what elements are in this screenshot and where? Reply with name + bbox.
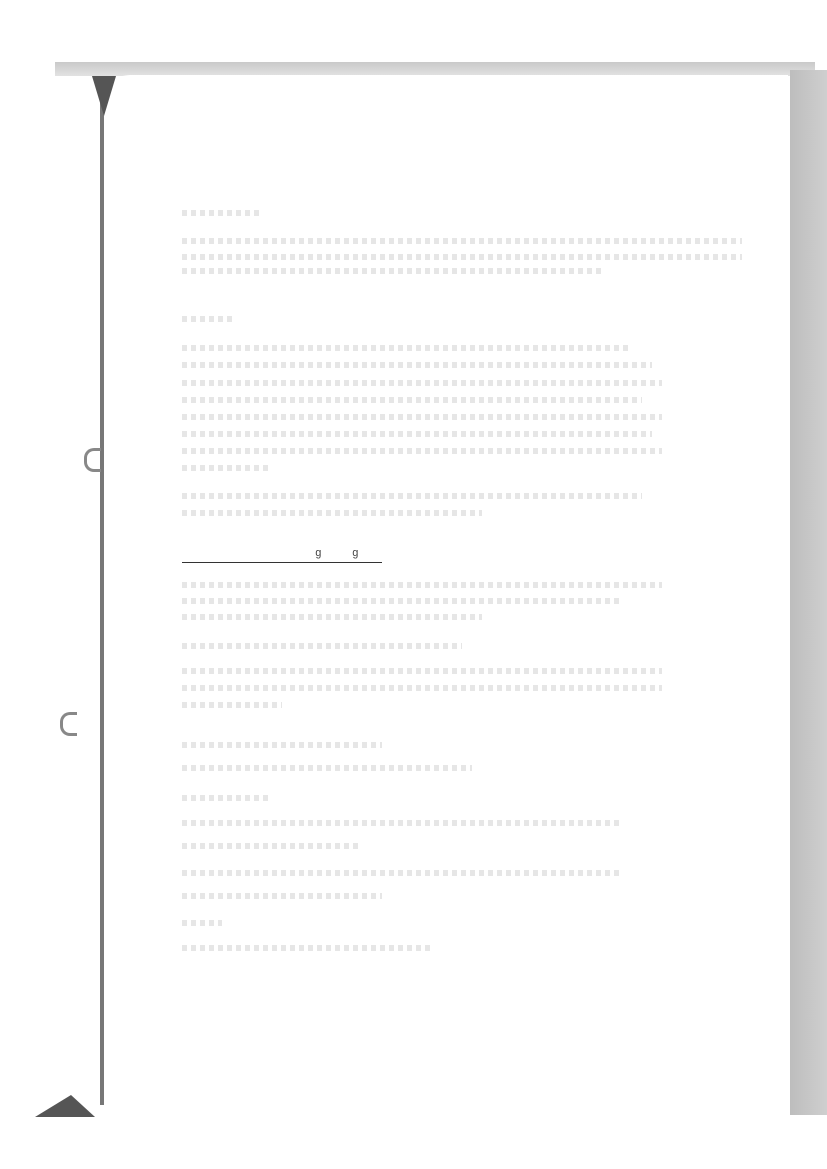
heading-glyph: g: [352, 548, 359, 560]
scan-top-edge: [55, 62, 815, 76]
binder-ring-icon: [84, 448, 101, 472]
binder-spine: [100, 85, 104, 1105]
binder-top-wedge: [92, 76, 116, 116]
binder-ring-icon: [60, 712, 77, 736]
heading-glyph: g: [315, 548, 322, 560]
scan-right-edge: [790, 70, 827, 1115]
underlined-heading-rule: [182, 562, 382, 563]
binder-bottom-wedge: [35, 1095, 95, 1117]
document-page: [108, 75, 788, 1115]
